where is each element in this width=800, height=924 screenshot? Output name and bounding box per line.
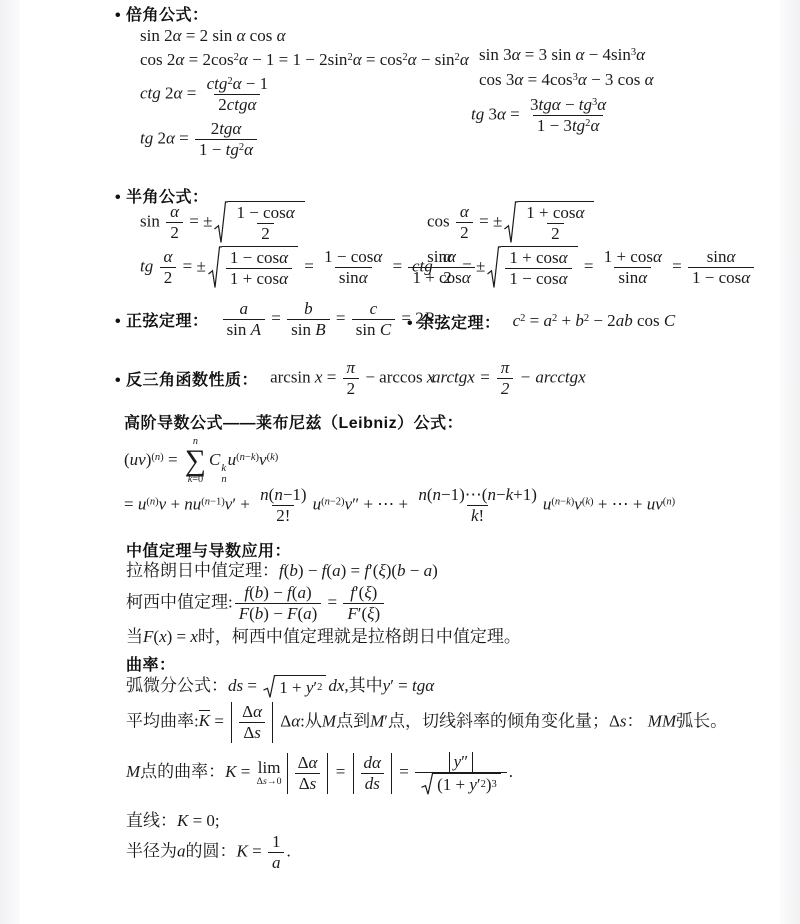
inverse-trig-row: • 反三角函数性质： arcsin x = π2 − arccos x: [115, 358, 434, 399]
page-left-margin: [0, 0, 20, 924]
page-right-margin: [780, 0, 800, 924]
section-title-leibniz: 高阶导数公式——莱布尼兹（Leibniz）公式：: [124, 410, 463, 433]
inverse-trig-formula-2: arctgx = π2 − arcctgx: [432, 358, 586, 399]
document-page: { "page": { "paper_color": "#ffffff", "m…: [0, 0, 800, 924]
law-of-cosines-label: • 余弦定理：: [407, 310, 501, 333]
formula-average-curvature: 平均曲率:K = ΔαΔs Δα:从M点到M′点，切线斜率的倾角变化量；Δs： …: [126, 702, 727, 743]
formula-ctg2a: ctg 2α = ctg2α − 12ctgα: [140, 74, 274, 115]
section-title-curvature: 曲率：: [126, 652, 176, 675]
formula-line-curvature: 直线：K = 0;: [126, 810, 220, 831]
section-title-mean-value: 中值定理与导数应用：: [126, 538, 291, 561]
formula-arc-differential: 弧微分公式：ds = 1 + y′2dx,其中y′ = tgα: [126, 675, 434, 699]
formula-point-curvature: M点的曲率：K = limΔs→0ΔαΔs = dαds = y″(1 + y′…: [126, 751, 513, 795]
law-of-cosines: • 余弦定理： c2 = a2 + b2 − 2ab cos C: [407, 299, 675, 343]
formula-sin2a: sin 2α = 2 sin α cos α: [140, 25, 286, 46]
formula-lagrange: 拉格朗日中值定理：f(b) − f(a) = f′(ξ)(b − a): [126, 560, 438, 581]
law-of-cosines-formula: c2 = a2 + b2 − 2ab cos C: [513, 310, 676, 331]
inverse-trig-label: • 反三角函数性质：: [115, 367, 258, 390]
formula-tg3a: tg 3α = 3tgα − tg3α1 − 3tg2α: [471, 95, 612, 136]
inverse-trig-formula-1: arcsin x = π2 − arccos x: [270, 358, 434, 399]
law-of-sines-label: • 正弦定理：: [115, 308, 209, 331]
formula-sin3a: sin 3α = 3 sin α − 4sin3α: [479, 44, 645, 65]
formula-leibniz-2: = u(n)v + nu(n−1)v′ + n(n−1)2!u(n−2)v″ +…: [124, 485, 675, 526]
formula-tg2a: tg 2α = 2tgα1 − tg2α: [140, 119, 259, 160]
section-title-double-angle: • 倍角公式：: [115, 2, 209, 25]
formula-cauchy: 柯西中值定理:f(b) − f(a)F(b) − F(a) = f′(ξ)F′(…: [126, 583, 386, 624]
formula-cos3a: cos 3α = 4cos3α − 3 cos α: [479, 69, 654, 90]
law-of-sines: • 正弦定理： asin A = bsin B = csin C = 2R: [115, 299, 434, 340]
formula-cos-half: cos α2 = ±1 + cosα2: [427, 201, 596, 244]
mean-value-note: 当F(x) = x时，柯西中值定理就是拉格朗日中值定理。: [126, 626, 521, 647]
formula-circle-curvature: 半径为a的圆：K = 1a.: [126, 832, 291, 873]
formula-ctg-half: ctg α2 = ±1 + cosα1 − cosα = 1 + cosαsin…: [412, 246, 756, 289]
formula-sin-half: sin α2 = ±1 − cosα2: [140, 201, 307, 244]
formula-leibniz-1: (uv)(n) = n∑k=0Cknu(n−k)v(k): [124, 437, 278, 486]
formula-cos2a: cos 2α = 2cos2α − 1 = 1 − 2sin2α = cos2α…: [140, 49, 469, 70]
law-of-sines-formula: asin A = bsin B = csin C = 2R: [221, 299, 435, 340]
